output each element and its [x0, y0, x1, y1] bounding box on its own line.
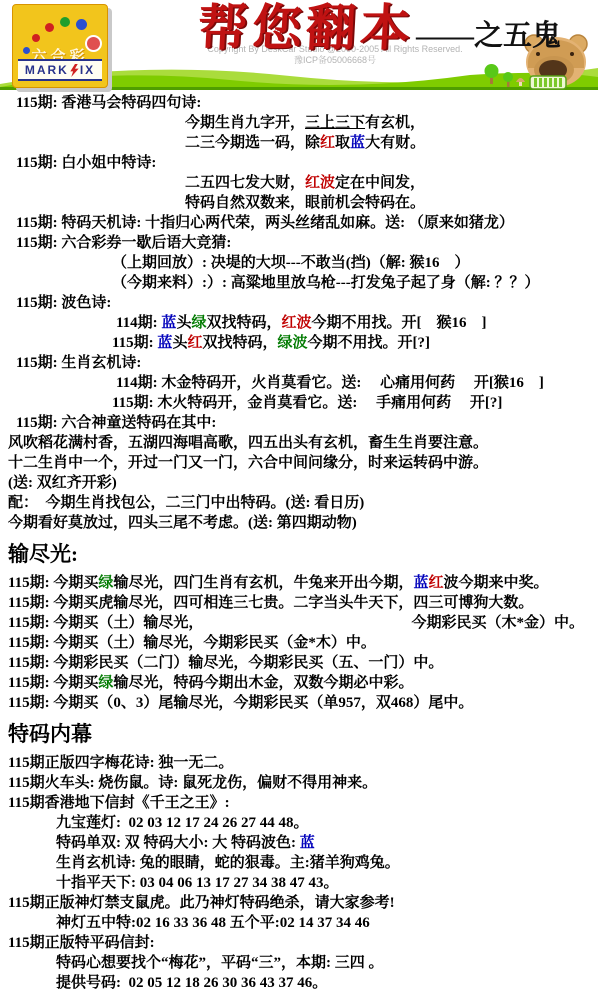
- page-title: 帮您翻本: [197, 0, 416, 56]
- text-line: 115期: 今期买虎输尽光，四可相连三七贵。二字当头牛天下，四三可博狗大数。: [0, 593, 592, 613]
- text-line: 115期: 波色诗:: [0, 293, 592, 313]
- text-line: 115期正版特平码信封:: [0, 933, 592, 953]
- text-line: 提供号码: 02 05 12 18 26 30 36 43 37 46。: [0, 973, 592, 993]
- text-segment: 大有财。: [365, 135, 425, 151]
- text-segment: 115期: 生肖玄机诗:: [16, 355, 141, 371]
- text-line: 今期看好莫放过，四头三尾不考虑。(送: 第四期动物): [0, 513, 592, 533]
- section-heading: 特码内幕: [0, 722, 592, 746]
- mushroom-icon: [516, 78, 525, 86]
- text-segment: 神灯五中特:02 16 33 36 48 五个平:02 14 37 34 46: [56, 915, 370, 931]
- text-segment: 绿: [98, 575, 113, 591]
- text-segment: 115期: 今期买: [8, 575, 98, 591]
- text-segment: （上期回放）: 决堤的大坝---不敢当(挡)（解: 猴16 ）: [112, 255, 469, 271]
- text-segment: 风吹稻花满村香，五湖四海唱高歌，四五出头有玄机，畜生生肖要注意。: [8, 435, 488, 451]
- text-segment: 波今期来中奖。: [443, 575, 548, 591]
- logo-dot: [45, 23, 54, 32]
- text-segment: 提供号码: 02 05 12 18 26 30 36 43 37 46。: [56, 975, 327, 991]
- text-line: 115期正版四字梅花诗: 独一无二。: [0, 753, 592, 773]
- text-line: 九宝莲灯: 02 03 12 17 24 26 27 44 48。: [0, 813, 592, 833]
- text-segment: 头: [172, 335, 187, 351]
- text-line: 115期火车头: 烧伤鼠。诗: 鼠死龙伤，偏财不得用神来。: [0, 773, 592, 793]
- text-segment: 定在中间发，: [335, 175, 425, 191]
- text-segment: 红: [320, 135, 335, 151]
- text-segment: 二五四七发大财，: [185, 175, 305, 191]
- text-line: 115期: 木火特码开，金肖莫看它。送: 手痛用何药 开[?]: [0, 393, 592, 413]
- text-segment: 115期: 今期买（0、3）尾输尽光，今期彩民买（单957，双468）尾中。: [8, 695, 473, 711]
- text-line: 十指平天下: 03 04 06 13 17 27 34 38 47 43。: [0, 873, 592, 893]
- text-segment: 今期不用找。开[ 猴16 ]: [312, 315, 487, 331]
- text-segment: 114期: 木金特码开，火肖莫看它。送: 心痛用何药 开[猴16 ]: [116, 375, 544, 391]
- text-line: (送: 双红齐开彩): [0, 473, 592, 493]
- text-line: 十二生肖中一个，开过一门又一门，六合中间问缘分，时来运转码中游。: [0, 453, 592, 473]
- text-segment: 红: [428, 575, 443, 591]
- text-segment: 十二生肖中一个，开过一门又一门，六合中间问缘分，时来运转码中游。: [8, 455, 488, 471]
- text-segment: 115期: 六合彩券一歇后语大竞猜:: [16, 235, 231, 251]
- text-line: （上期回放）: 决堤的大坝---不敢当(挡)（解: 猴16 ）: [0, 253, 592, 273]
- icp-number: 豫ICP备05006668号: [200, 55, 470, 66]
- text-line: 115期: 蓝头红双找特码，绿波今期不用找。开[?]: [0, 333, 592, 353]
- text-segment: 115期香港地下信封《千王之王》:: [8, 795, 230, 811]
- fence-icon: [530, 76, 566, 89]
- text-segment: 蓝: [413, 575, 428, 591]
- logo-dot: [60, 17, 70, 27]
- logo-dot: [76, 19, 87, 30]
- text-segment: 115期正版神灯禁支鼠虎。此乃神灯特码绝杀，请大家参考!: [8, 895, 395, 911]
- text-segment: 输尽光，四门生肖有玄机，牛兔来开出今期，: [113, 575, 413, 591]
- text-line: 115期: 白小姐中特诗:: [0, 153, 592, 173]
- text-segment: （今期来料）:）: 高粱地里放乌枪---打发兔子起了身（解: ？？）: [112, 275, 539, 291]
- text-segment: 115期火车头: 烧伤鼠。诗: 鼠死龙伤，偏财不得用神来。: [8, 775, 377, 791]
- tree-icon: [485, 64, 514, 87]
- text-line: 114期: 木金特码开，火肖莫看它。送: 心痛用何药 开[猴16 ]: [0, 373, 592, 393]
- text-segment: 红波: [305, 175, 335, 191]
- text-segment: 特码自然双数来，眼前机会特码在。: [185, 195, 425, 211]
- text-segment: 115期: 今期买（土）输尽光，今期彩民买（金*木）中。: [8, 635, 376, 651]
- text-segment: 双找特码，: [202, 335, 277, 351]
- text-line: 特码心想要找个“梅花”，平码“三”，本期: 三四 。: [0, 953, 592, 973]
- text-segment: 蓝: [161, 315, 176, 331]
- text-line: 115期: 今期买绿输尽光，四门生肖有玄机，牛兔来开出今期，蓝红波今期来中奖。: [0, 573, 592, 593]
- text-line: 风吹稻花满村香，五湖四海唱高歌，四五出头有玄机，畜生生肖要注意。: [0, 433, 592, 453]
- text-segment: 二三今期选一码，除: [185, 135, 320, 151]
- header: 六合彩 MARK IX Copyright By DeskCar Studio …: [0, 0, 598, 90]
- text-segment: 十指平天下: 03 04 06 13 17 27 34 38 47 43。: [56, 875, 339, 891]
- text-segment: 有玄机，: [365, 115, 425, 131]
- text-line: 115期: 六合彩券一歇后语大竞猜:: [0, 233, 592, 253]
- text-line: 配： 今期生肖找包公，二三门中出特码。(送: 看日历): [0, 493, 592, 513]
- text-line: 115期: 六合神童送特码在其中:: [0, 413, 592, 433]
- text-segment: 红: [187, 335, 202, 351]
- text-line: 特码自然双数来，眼前机会特码在。: [0, 193, 592, 213]
- logo-dot: [32, 34, 40, 42]
- page: 六合彩 MARK IX Copyright By DeskCar Studio …: [0, 0, 598, 999]
- text-line: 115期: 今期买绿输尽光，特码今期出木金，双数今期必中彩。: [0, 673, 592, 693]
- text-segment: 今期不用找。开[?]: [308, 335, 431, 351]
- text-segment: 114期:: [116, 315, 161, 331]
- text-segment: 取: [335, 135, 350, 151]
- text-segment: 特码心想要找个“梅花”，平码“三”，本期: 三四 。: [56, 955, 384, 971]
- text-segment: 115期:: [112, 335, 157, 351]
- page-subtitle: ——之五鬼: [416, 16, 561, 56]
- text-line: 二五四七发大财，红波定在中间发，: [0, 173, 592, 193]
- title-block: 帮您翻本 ——之五鬼: [198, 0, 561, 56]
- text-line: 生肖玄机诗: 兔的眼睛，蛇的狠毒。主:猪羊狗鸡兔。: [0, 853, 592, 873]
- spacer: [203, 613, 411, 633]
- text-segment: 输尽光:: [8, 542, 78, 566]
- text-segment: 配： 今期生肖找包公，二三门中出特码。(送: 看日历): [8, 495, 364, 511]
- logo-mark-six: MARK IX: [18, 59, 102, 81]
- text-segment: 输尽光，特码今期出木金，双数今期必中彩。: [113, 675, 413, 691]
- text-segment: 特码内幕: [8, 722, 92, 746]
- text-segment: 115期: 香港马会特码四句诗:: [16, 95, 201, 111]
- text-segment: 蓝: [300, 835, 315, 851]
- text-segment: 九宝莲灯: 02 03 12 17 24 26 27 44 48。: [56, 815, 309, 831]
- text-line: 115期: 今期买（土）输尽光，今期彩民买（木*金）中。: [0, 613, 592, 633]
- text-segment: 115期: 今期彩民买（二门）输尽光，今期彩民买（五、一门）中。: [8, 655, 443, 671]
- text-segment: 115期: 白小姐中特诗:: [16, 155, 156, 171]
- text-segment: 115期: 今期买: [8, 675, 98, 691]
- section-heading: 输尽光:: [0, 542, 592, 566]
- text-line: 115期: 今期彩民买（二门）输尽光，今期彩民买（五、一门）中。: [0, 653, 592, 673]
- text-segment: (送: 双红齐开彩): [8, 475, 117, 491]
- text-segment: 115期: 今期买（土）输尽光，: [8, 613, 203, 633]
- text-segment: 蓝: [157, 335, 172, 351]
- text-segment: 115期: 波色诗:: [16, 295, 111, 311]
- logo-mark-left: MARK: [25, 63, 69, 77]
- marksix-logo: 六合彩 MARK IX: [12, 4, 108, 88]
- text-line: 115期: 香港马会特码四句诗:: [0, 93, 592, 113]
- text-line: 115期: 特码天机诗: 十指归心两代荣，两头丝绪乱如麻。送: （原来如猪龙）: [0, 213, 592, 233]
- text-segment: 绿波: [277, 335, 307, 351]
- lightning-icon: [70, 64, 79, 77]
- text-segment: 今期彩民买（木*金）中。: [411, 613, 584, 633]
- text-segment: 三上三下: [305, 115, 365, 131]
- text-line: 神灯五中特:02 16 33 36 48 五个平:02 14 37 34 46: [0, 913, 592, 933]
- text-line: 114期: 蓝头绿双找特码，红波今期不用找。开[ 猴16 ]: [0, 313, 592, 333]
- text-segment: 生肖玄机诗: 兔的眼睛，蛇的狠毒。主:猪羊狗鸡兔。: [56, 855, 400, 871]
- content: 115期: 香港马会特码四句诗:今期生肖九字开，三上三下有玄机，二三今期选一码，…: [0, 90, 598, 999]
- text-segment: 今期生肖九字开，: [185, 115, 305, 131]
- text-line: 二三今期选一码，除红取蓝大有财。: [0, 133, 592, 153]
- text-segment: 115期正版四字梅花诗: 独一无二。: [8, 755, 233, 771]
- text-segment: 115期: 六合神童送特码在其中:: [16, 415, 216, 431]
- text-segment: 特码单双: 双 特码大小: 大 特码波色:: [56, 835, 300, 851]
- text-segment: 115期正版特平码信封:: [8, 935, 155, 951]
- text-segment: 今期看好莫放过，四头三尾不考虑。(送: 第四期动物): [8, 515, 357, 531]
- text-segment: 头: [176, 315, 191, 331]
- text-segment: 115期: 今期买虎输尽光，四可相连三七贵。二字当头牛天下，四三可博狗大数。: [8, 595, 533, 611]
- text-segment: 绿: [98, 675, 113, 691]
- text-segment: 蓝: [350, 135, 365, 151]
- text-line: 今期生肖九字开，三上三下有玄机，: [0, 113, 592, 133]
- text-segment: 红波: [281, 315, 311, 331]
- text-line: 115期: 今期买（0、3）尾输尽光，今期彩民买（单957，双468）尾中。: [0, 693, 592, 713]
- logo-mark-right: IX: [80, 63, 95, 77]
- text-line: （今期来料）:）: 高粱地里放乌枪---打发兔子起了身（解: ？？）: [0, 273, 592, 293]
- text-segment: 绿: [191, 315, 206, 331]
- text-line: 115期: 生肖玄机诗:: [0, 353, 592, 373]
- text-line: 特码单双: 双 特码大小: 大 特码波色: 蓝: [0, 833, 592, 853]
- text-segment: 115期: 木火特码开，金肖莫看它。送: 手痛用何药 开[?]: [112, 395, 502, 411]
- text-segment: 双找特码，: [206, 315, 281, 331]
- text-line: 115期香港地下信封《千王之王》:: [0, 793, 592, 813]
- text-line: 115期: 今期买（土）输尽光，今期彩民买（金*木）中。: [0, 633, 592, 653]
- text-segment: 115期: 特码天机诗: 十指归心两代荣，两头丝绪乱如麻。送: （原来如猪龙）: [16, 215, 514, 231]
- text-line: 115期正版神灯禁支鼠虎。此乃神灯特码绝杀，请大家参考!: [0, 893, 592, 913]
